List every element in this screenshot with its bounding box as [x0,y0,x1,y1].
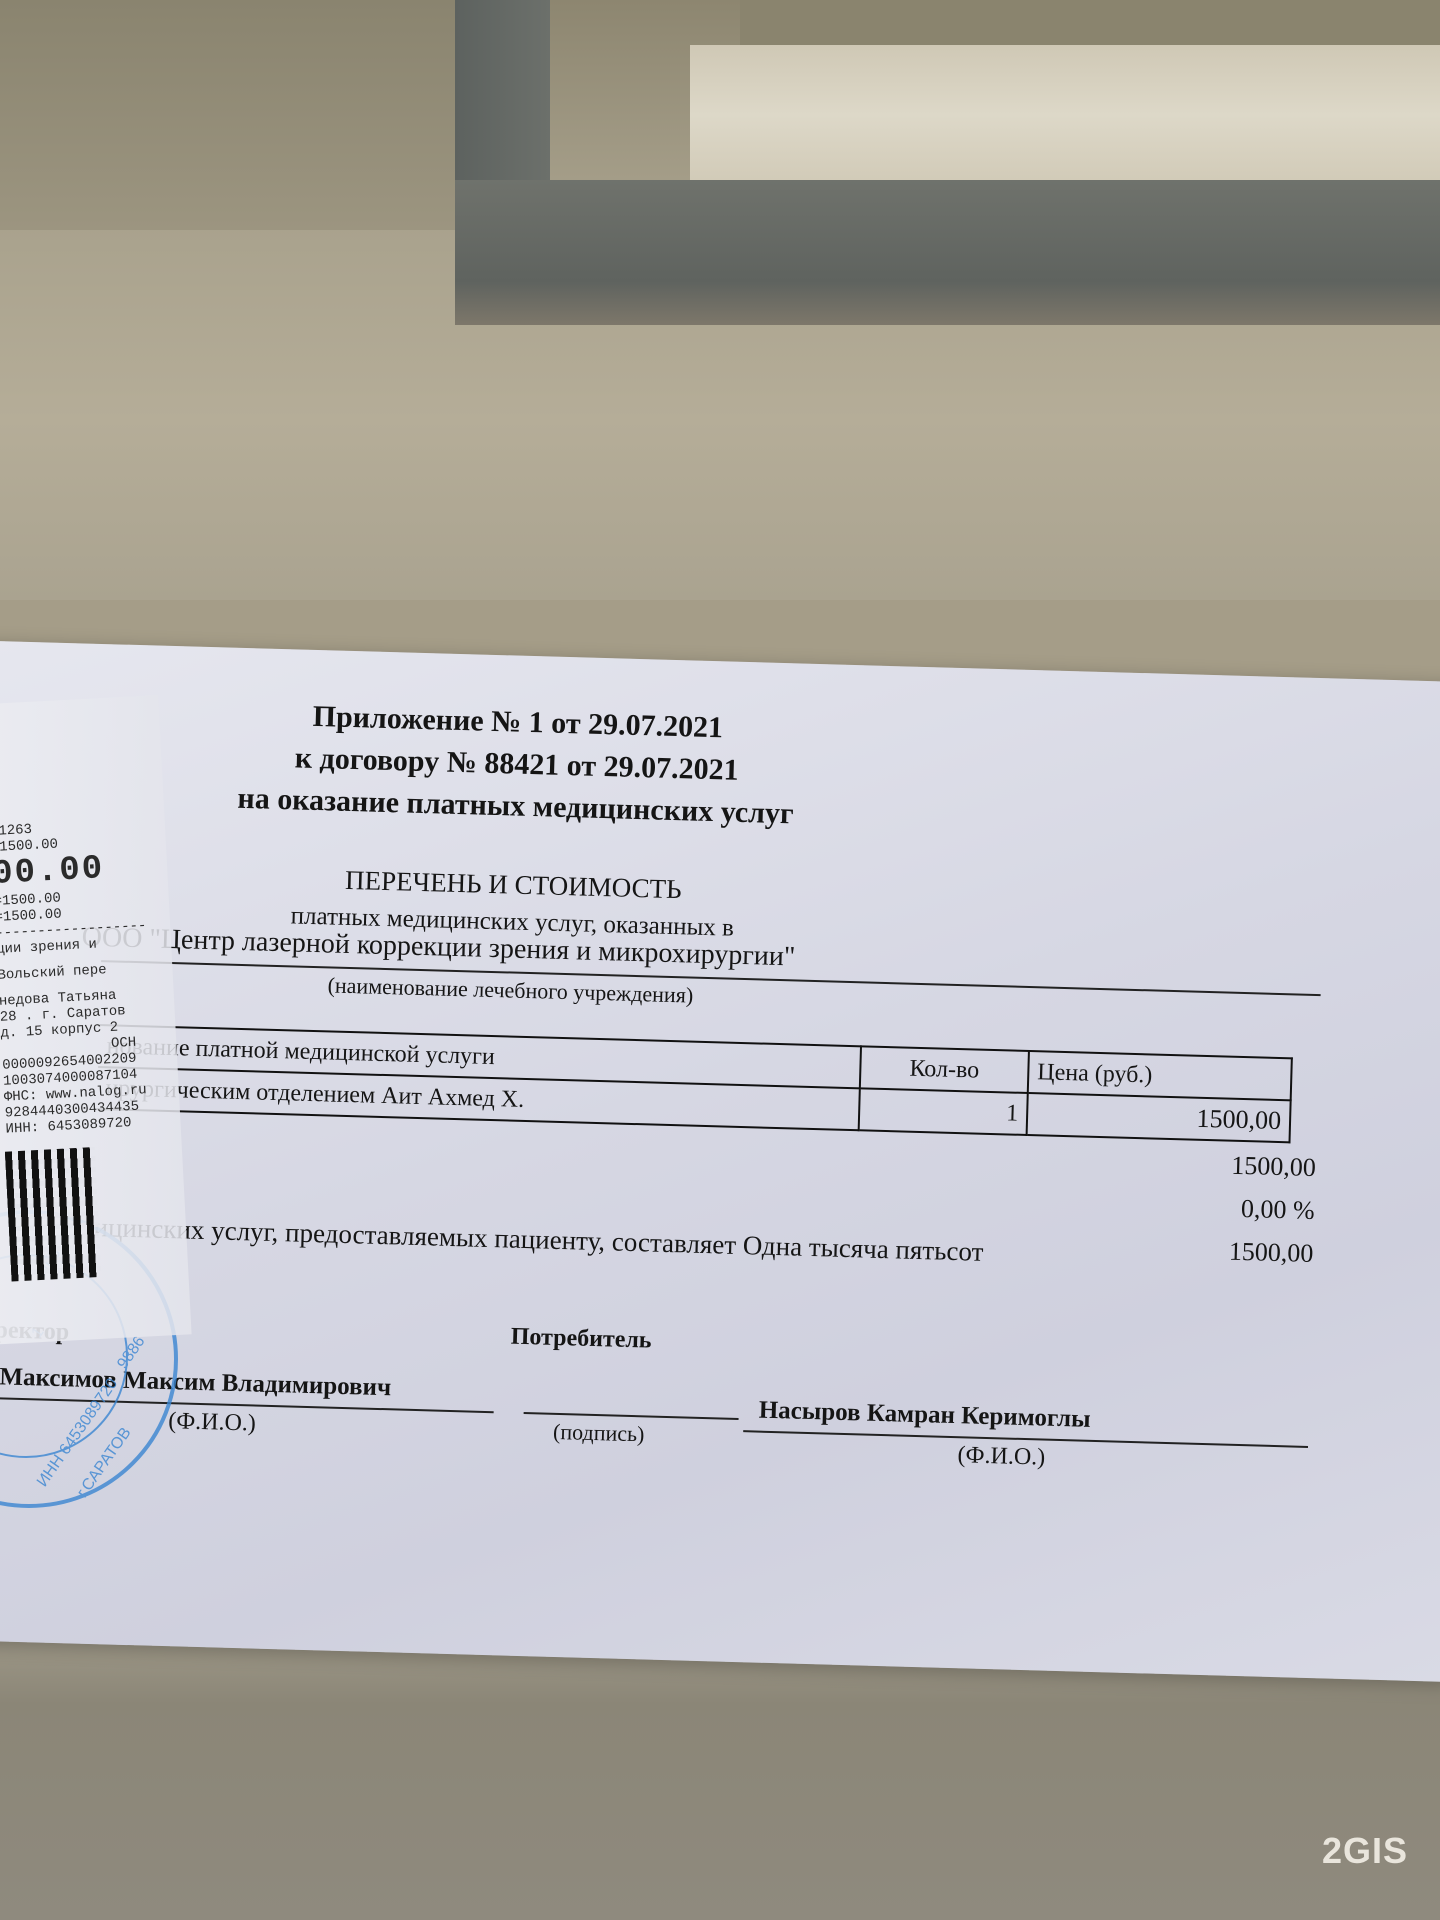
stamp-text: 9886 [114,1333,149,1372]
subtotal-value: 1500,00 [1095,1140,1316,1189]
background-window-insert [690,45,1440,185]
background-frame-horizontal [455,180,1440,325]
receipt-line: Вольский пере [0,959,173,986]
watermark-logo: 2GIS [1322,1830,1408,1872]
background-wall-left [0,0,470,230]
total-value: 1500,00 [1093,1226,1314,1275]
discount-value: 0,00 % [1094,1183,1315,1232]
quantity-cell: 1 [859,1088,1028,1135]
organization-caption: (наименование лечебного учреждения) [110,966,910,1014]
consumer-name: Насыров Камран Керимоглы [758,1397,1091,1434]
signature-caption: (подпись) [553,1419,645,1448]
qr-code-icon [5,1147,102,1282]
consumer-label: Потребитель [510,1324,652,1355]
document-sheet: Приложение № 1 от 29.07.2021 к договору … [0,640,1440,1682]
header-price: Цена (руб.) [1028,1051,1292,1100]
header-quantity: Кол-во [860,1046,1029,1093]
services-table: нование платной медицинской услуги Кол-в… [97,1024,1293,1143]
price-cell: 1500,00 [1027,1093,1291,1142]
stamp-text: ИНН 6453089720 [34,1375,122,1490]
totals-block: 1500,00 0,00 % 1500,00 [1093,1140,1317,1275]
consumer-fio-caption: (Ф.И.О.) [957,1442,1045,1471]
sum-in-words: ицинских услуг, предоставляемых пациенту… [93,1212,984,1268]
cash-receipt: №1263 =1500.00 00.00 =1500.00 =1500.00 -… [0,695,192,1345]
background-window-gap [740,0,1440,45]
document-heading: Приложение № 1 от 29.07.2021 к договору … [15,688,1018,842]
director-fio-caption: (Ф.И.О.) [168,1408,256,1437]
